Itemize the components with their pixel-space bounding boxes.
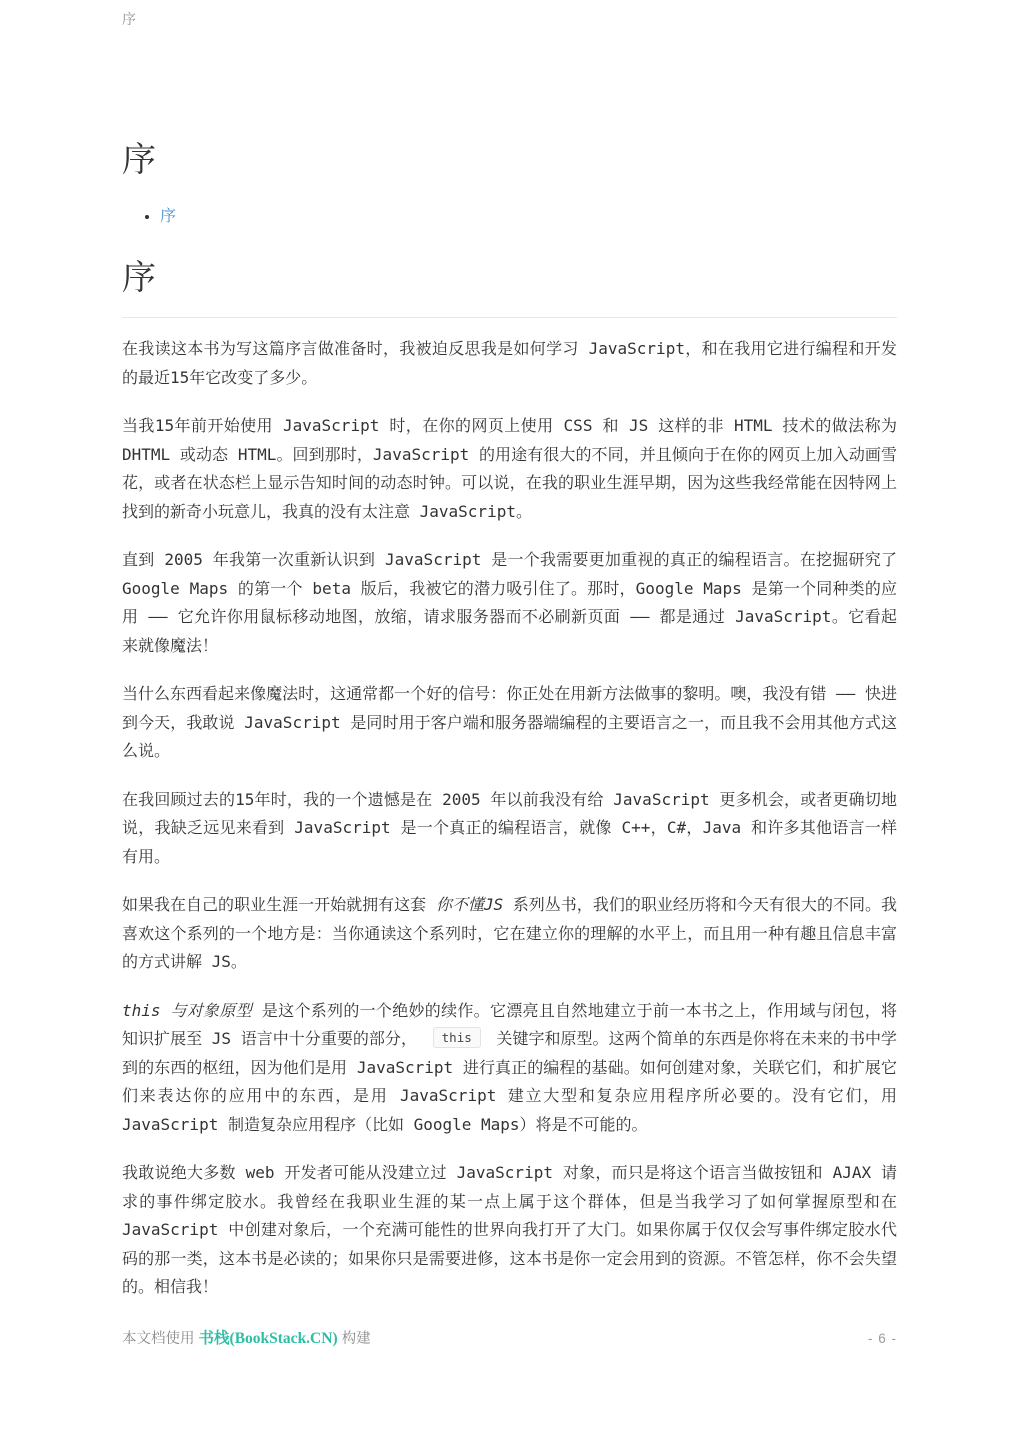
article-title: 序 bbox=[122, 258, 897, 298]
paragraph: 当我15年前开始使用 JavaScript 时，在你的网页上使用 CSS 和 J… bbox=[122, 412, 897, 526]
bookstack-brand-link[interactable]: 书栈(BookStack.CN) bbox=[199, 1330, 338, 1347]
paragraph: 在我回顾过去的15年时，我的一个遗憾是在 2005 年以前我没有给 JavaSc… bbox=[122, 786, 897, 872]
text-run: 在我回顾过去的15年时，我的一个遗憾是在 2005 年以前我没有给 JavaSc… bbox=[122, 790, 897, 866]
text-run: 当什么东西看起来像魔法时，这通常都一个好的信号：你正处在用新方法做事的黎明。噢，… bbox=[122, 684, 897, 760]
page-footer: 本文档使用 书栈(BookStack.CN) 构建 - 6 - bbox=[122, 1326, 897, 1348]
text-run: 如果我在自己的职业生涯一开始就拥有这套 bbox=[122, 895, 436, 914]
article-body: 在我读这本书为写这篇序言做准备时，我被迫反思我是如何学习 JavaScript，… bbox=[122, 335, 897, 1302]
document-page: 序 序 序 序 在我读这本书为写这篇序言做准备时，我被迫反思我是如何学习 Jav… bbox=[0, 0, 1019, 1440]
inline-code: this bbox=[433, 1027, 481, 1048]
toc-list: 序 bbox=[122, 205, 897, 229]
paragraph: 我敢说绝大多数 web 开发者可能从没建立过 JavaScript 对象，而只是… bbox=[122, 1159, 897, 1302]
credit-suffix: 构建 bbox=[338, 1331, 371, 1347]
text-run: this 与对象原型 bbox=[122, 1001, 252, 1020]
paragraph: 当什么东西看起来像魔法时，这通常都一个好的信号：你正处在用新方法做事的黎明。噢，… bbox=[122, 680, 897, 766]
paragraph: this 与对象原型 是这个系列的一个绝妙的续作。它漂亮且自然地建立于前一本书之… bbox=[122, 997, 897, 1140]
text-run: 你不懂JS bbox=[436, 895, 503, 914]
section-title: 序 bbox=[122, 140, 897, 180]
text-run: 当我15年前开始使用 JavaScript 时，在你的网页上使用 CSS 和 J… bbox=[122, 416, 897, 521]
toc-item: 序 bbox=[160, 205, 897, 229]
page-content: 序 序 序 在我读这本书为写这篇序言做准备时，我被迫反思我是如何学习 JavaS… bbox=[122, 0, 897, 1302]
text-run: 在我读这本书为写这篇序言做准备时，我被迫反思我是如何学习 JavaScript，… bbox=[122, 339, 897, 387]
text-run: 直到 2005 年我第一次重新认识到 JavaScript 是一个我需要更加重视… bbox=[122, 550, 897, 655]
title-divider bbox=[122, 317, 897, 318]
page-number: - 6 - bbox=[868, 1331, 897, 1346]
toc-link-preface[interactable]: 序 bbox=[160, 208, 176, 225]
credit-prefix: 本文档使用 bbox=[122, 1331, 199, 1347]
build-credit: 本文档使用 书栈(BookStack.CN) 构建 bbox=[122, 1326, 371, 1348]
paragraph: 如果我在自己的职业生涯一开始就拥有这套 你不懂JS 系列丛书，我们的职业经历将和… bbox=[122, 891, 897, 977]
paragraph: 直到 2005 年我第一次重新认识到 JavaScript 是一个我需要更加重视… bbox=[122, 546, 897, 660]
paragraph: 在我读这本书为写这篇序言做准备时，我被迫反思我是如何学习 JavaScript，… bbox=[122, 335, 897, 392]
text-run: 我敢说绝大多数 web 开发者可能从没建立过 JavaScript 对象，而只是… bbox=[122, 1163, 897, 1296]
